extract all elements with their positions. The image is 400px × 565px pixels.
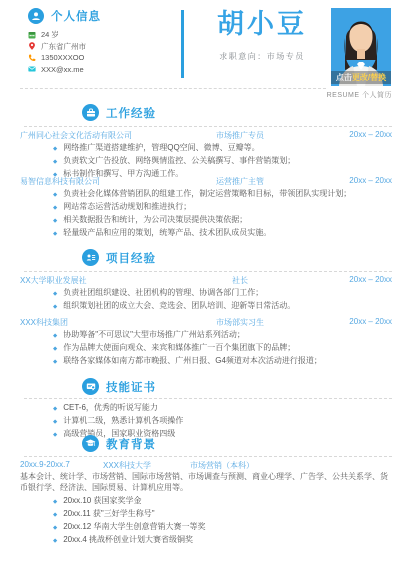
work-entry-2: 易智信息科技有限公司 运营推广主管 20xx – 20xx 负责社会化媒体营销团…	[20, 176, 392, 240]
list-item: 作为品牌大使面向观众、来宾和媒体推广一百个集团旗下的品牌；	[20, 342, 392, 355]
project-entry-1-org: XX大学职业发展社	[20, 275, 87, 286]
diamond-icon	[53, 495, 57, 508]
age-value: 24 岁	[41, 29, 59, 40]
list-item: 高级营销员，国家职业资格四级	[20, 428, 392, 441]
education-block: 20xx.9-20xx.7 XXX科技大学 市场营销（本科） 基本会计、统计学、…	[20, 460, 392, 547]
work-entry-2-role: 运营推广主管	[185, 176, 295, 187]
work-section-header: 工作经验	[82, 104, 156, 121]
diamond-icon	[53, 521, 57, 534]
diamond-icon	[53, 402, 57, 415]
diamond-icon	[53, 355, 57, 368]
personal-info-title: 个人信息	[51, 8, 101, 24]
bullet-text: 协助筹备"不可思议"大型市场推广广州站系列活动；	[63, 329, 245, 340]
top-divider	[20, 88, 326, 89]
bullet-text: 负责软文广告投放、网络舆情监控、公关稿撰写、事件营销策划；	[63, 155, 295, 166]
bullet-text: 作为品牌大使面向观众、来宾和媒体推广一百个集团旗下的品牌；	[63, 342, 295, 353]
diamond-icon	[53, 508, 57, 521]
vertical-divider	[181, 10, 184, 78]
education-school: XXX科技大学	[103, 460, 151, 471]
work-entry-1-row: 广州同心社会文化活动有限公司 市场推广专员 20xx – 20xx	[20, 130, 392, 140]
list-item: 联络各家媒体如南方都市晚报、广州日报、G4频道对本次活动进行报道；	[20, 355, 392, 368]
photo-replace-overlay[interactable]: 点击更改/替换	[331, 71, 391, 84]
phone-value: 1350XXXOO	[41, 53, 84, 62]
person-document-icon	[82, 249, 99, 266]
diamond-icon	[53, 201, 57, 214]
bullet-text: 负责社会化媒体营销团队的组建工作，制定运营策略和目标，带领团队实现计划；	[63, 188, 351, 199]
list-item: 计算机二级，熟悉计算机各项操作	[20, 415, 392, 428]
bullet-text: 相关数据报告和统计，为公司决策层提供决策依据；	[63, 214, 247, 225]
bullet-text: 轻量级产品和应用的策划，统筹产品、技术团队成员实施。	[63, 227, 271, 238]
bullet-text: 负责社团组织建设、社团机构的管理、协调各部门工作；	[63, 287, 263, 298]
skills-section-title: 技能证书	[106, 379, 156, 395]
list-item: 20xx.10 获国家奖学金	[20, 495, 392, 508]
graduation-cap-icon	[82, 435, 99, 452]
education-divider	[24, 456, 392, 457]
education-date: 20xx.9-20xx.7	[20, 460, 70, 469]
diamond-icon	[53, 227, 57, 240]
education-section-title: 教育背景	[106, 436, 156, 452]
project-section-title: 项目经验	[106, 250, 156, 266]
candidate-name: 胡小豆	[198, 8, 326, 42]
project-entry-1-bullets: 负责社团组织建设、社团机构的管理、协调各部门工作； 组织策划社团的成立大会、竞选…	[20, 287, 392, 313]
work-entry-2-company: 易智信息科技有限公司	[20, 176, 100, 187]
certificate-icon	[82, 378, 99, 395]
list-item: CET-6，优秀的听说写能力	[20, 402, 392, 415]
work-entry-1-role: 市场推广专员	[185, 130, 295, 141]
bullet-text: 20xx.10 获国家奖学金	[63, 495, 141, 506]
list-item: 负责社团组织建设、社团机构的管理、协调各部门工作；	[20, 287, 392, 300]
diamond-icon	[53, 329, 57, 342]
diamond-icon	[53, 155, 57, 168]
personal-info-header: 个人信息	[28, 8, 101, 24]
project-entry-1-date: 20xx – 20xx	[349, 275, 392, 284]
project-entry-2: XXX科技集团 市场部实习生 20xx – 20xx 协助筹备"不可思议"大型市…	[20, 317, 392, 368]
list-item: 协助筹备"不可思议"大型市场推广广州站系列活动；	[20, 329, 392, 342]
location-item: 广东省广州市	[28, 41, 86, 53]
work-entry-1-company: 广州同心社会文化活动有限公司	[20, 130, 132, 141]
list-item: 负责软文广告投放、网络舆情监控、公关稿撰写、事件营销策划；	[20, 155, 392, 168]
mail-icon	[28, 65, 36, 73]
location-value: 广东省广州市	[41, 41, 86, 52]
bullet-text: 计算机二级，熟悉计算机各项操作	[63, 415, 183, 426]
skills-list: CET-6，优秀的听说写能力 计算机二级，熟悉计算机各项操作 高级营销员，国家职…	[20, 402, 392, 441]
list-item: 20xx.11 获"三好学生称号"	[20, 508, 392, 521]
list-item: 负责社会化媒体营销团队的组建工作，制定运营策略和目标，带领团队实现计划；	[20, 188, 392, 201]
skills-bullets: CET-6，优秀的听说写能力 计算机二级，熟悉计算机各项操作 高级营销员，国家职…	[20, 402, 392, 441]
work-divider	[24, 126, 392, 127]
work-entry-1-date: 20xx – 20xx	[349, 130, 392, 139]
skills-section-header: 技能证书	[82, 378, 156, 395]
diamond-icon	[53, 415, 57, 428]
bullet-text: 组织策划社团的成立大会、竞选会、团队培训、迎新等日常活动。	[63, 300, 295, 311]
diamond-icon	[53, 287, 57, 300]
work-entry-2-date: 20xx – 20xx	[349, 176, 392, 185]
list-item: 网站常态运营活动规划和推进执行；	[20, 201, 392, 214]
email-value: XXX@xx.me	[41, 65, 84, 74]
education-section-header: 教育背景	[82, 435, 156, 452]
resume-caption: RESUME 个人简历	[300, 90, 392, 100]
work-section-title: 工作经验	[106, 105, 156, 121]
education-bullets: 20xx.10 获国家奖学金 20xx.11 获"三好学生称号" 20xx.12…	[20, 495, 392, 547]
project-section-header: 项目经验	[82, 249, 156, 266]
job-intention: 求职意向：市场专员	[198, 51, 326, 62]
diamond-icon	[53, 428, 57, 441]
bullet-text: 20xx.4 挑战杯创业计划大赛省级铜奖	[63, 534, 193, 545]
bullet-text: 20xx.11 获"三好学生称号"	[63, 508, 154, 519]
education-courses: 基本会计、统计学、市场营销、国际市场营销、市场调查与预测、商业心理学、广告学、公…	[20, 472, 392, 493]
phone-icon	[28, 54, 36, 62]
bullet-text: 20xx.12 华南大学生创意营销大赛一等奖	[63, 521, 205, 532]
project-entry-2-row: XXX科技集团 市场部实习生 20xx – 20xx	[20, 317, 392, 327]
list-item: 20xx.4 挑战杯创业计划大赛省级铜奖	[20, 534, 392, 547]
bullet-text: 网站常态运营活动规划和推进执行；	[63, 201, 191, 212]
diamond-icon	[53, 342, 57, 355]
diamond-icon	[53, 534, 57, 547]
name-block: 胡小豆 求职意向：市场专员	[198, 8, 326, 62]
diamond-icon	[53, 300, 57, 313]
project-entry-1-role: 社长	[185, 275, 295, 286]
contact-list: 24 岁 广东省广州市 1350XXXOO XXX@xx.me	[28, 29, 86, 75]
list-item: 组织策划社团的成立大会、竞选会、团队培训、迎新等日常活动。	[20, 300, 392, 313]
resume-page: 个人信息 24 岁 广东省广州市 1350XXXOO XXX@xx.me	[0, 0, 400, 565]
project-entry-2-org: XXX科技集团	[20, 317, 68, 328]
project-entry-2-date: 20xx – 20xx	[349, 317, 392, 326]
education-major: 市场营销（本科）	[190, 460, 254, 471]
project-entry-2-bullets: 协助筹备"不可思议"大型市场推广广州站系列活动； 作为品牌大使面向观众、来宾和媒…	[20, 329, 392, 368]
briefcase-icon	[82, 104, 99, 121]
list-item: 轻量级产品和应用的策划，统筹产品、技术团队成员实施。	[20, 227, 392, 240]
work-entry-2-bullets: 负责社会化媒体营销团队的组建工作，制定运营策略和目标，带领团队实现计划； 网站常…	[20, 188, 392, 240]
photo-overlay-text-2: 更改/替换	[352, 71, 386, 84]
list-item: 网络推广渠道搭建维护，管理QQ空间、微博、豆瓣等。	[20, 142, 392, 155]
email-item: XXX@xx.me	[28, 64, 86, 76]
photo-overlay-text: 点击	[336, 71, 352, 84]
bullet-text: 网络推广渠道搭建维护，管理QQ空间、微博、豆瓣等。	[63, 142, 259, 153]
id-photo[interactable]: 点击更改/替换	[331, 8, 391, 86]
diamond-icon	[53, 142, 57, 155]
list-item: 相关数据报告和统计，为公司决策层提供决策依据；	[20, 214, 392, 227]
work-entry-1: 广州同心社会文化活动有限公司 市场推广专员 20xx – 20xx 网络推广渠道…	[20, 130, 392, 181]
diamond-icon	[53, 188, 57, 201]
education-row: 20xx.9-20xx.7 XXX科技大学 市场营销（本科）	[20, 460, 392, 471]
diamond-icon	[53, 214, 57, 227]
skills-divider	[24, 398, 392, 399]
location-pin-icon	[28, 42, 36, 50]
project-entry-2-role: 市场部实习生	[185, 317, 295, 328]
project-divider	[24, 271, 392, 272]
bullet-text: 联络各家媒体如南方都市晚报、广州日报、G4频道对本次活动进行报道；	[63, 355, 322, 366]
user-icon	[28, 8, 44, 24]
calendar-icon	[28, 31, 36, 39]
age-item: 24 岁	[28, 29, 86, 41]
work-entry-2-row: 易智信息科技有限公司 运营推广主管 20xx – 20xx	[20, 176, 392, 186]
project-entry-1-row: XX大学职业发展社 社长 20xx – 20xx	[20, 275, 392, 285]
bullet-text: CET-6，优秀的听说写能力	[63, 402, 158, 413]
list-item: 20xx.12 华南大学生创意营销大赛一等奖	[20, 521, 392, 534]
project-entry-1: XX大学职业发展社 社长 20xx – 20xx 负责社团组织建设、社团机构的管…	[20, 275, 392, 313]
phone-item: 1350XXXOO	[28, 52, 86, 64]
